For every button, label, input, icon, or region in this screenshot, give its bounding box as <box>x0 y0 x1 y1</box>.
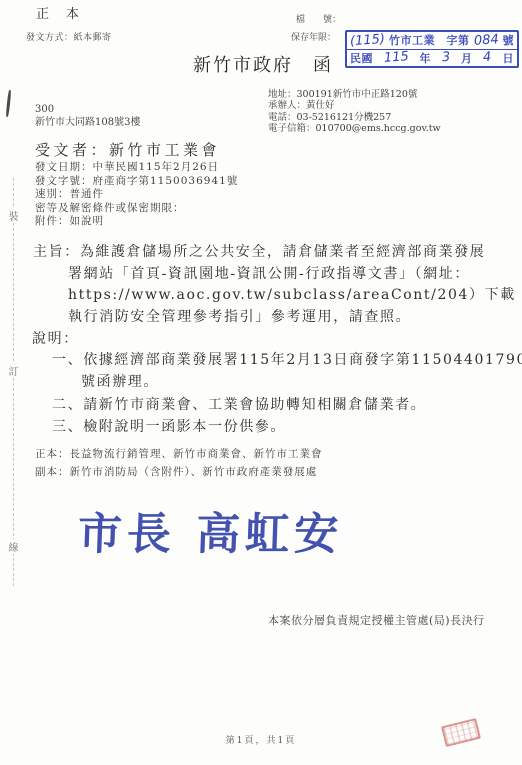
issue-number: 發文字號：府產商字第1150036941號 <box>35 175 238 189</box>
item-2-marker: 二、 <box>52 397 83 413</box>
agency-email: 電子信箱：010700@ems.hccg.gov.tw <box>268 123 441 134</box>
official-letter-page: 裝 訂 線 正 本 發文方式：紙本郵寄 檔 號： 保存年限： 新竹市政府 函 (… <box>0 0 522 765</box>
binding-mark-xian: 線 <box>7 539 20 554</box>
explanation-item-2: 二、請新竹市商業會、工業會協助轉知相關倉儲業者。 <box>52 394 426 416</box>
stamp-number-suffix: 號 <box>502 32 514 48</box>
binding-dashed-line <box>13 178 14 586</box>
stamp-day-handwritten: 4 <box>483 50 492 66</box>
subject-block: 主旨：為維護倉儲場所之公共安全，請倉儲業者至經濟部商業發展 署網站「首頁-資訊園… <box>33 242 522 328</box>
document-number-stamp: (115) 竹市工業 字第 084 號 民國 115 年 3 月 4 日 <box>345 30 519 68</box>
agency-phone: 電話：03-5216121分機257 <box>268 112 441 123</box>
original-copy-recipients: 正本：長益物流行銷管理、新竹市商業會、新竹市工業會 <box>35 446 323 464</box>
delivery-method-label: 發文方式：紙本郵寄 <box>26 30 112 43</box>
cc-copy-recipients: 副本：新竹市消防局（含附件）、新竹市政府產業發展處 <box>35 464 323 482</box>
stamp-year-unit: 年 <box>420 50 432 66</box>
stamp-month-handwritten: 3 <box>441 50 450 66</box>
subject-line-1: 主旨：為維護倉儲場所之公共安全，請倉儲業者至經濟部商業發展 <box>33 242 522 264</box>
stamp-row-date: 民國 115 年 3 月 4 日 <box>347 50 517 67</box>
agency-handler: 承辦人：黃仕好 <box>268 100 441 111</box>
attachment-note: 附件：如說明 <box>35 215 238 229</box>
issue-date: 發文日期：中華民國115年2月26日 <box>35 161 238 175</box>
copies-block: 正本：長益物流行銷管理、新竹市商業會、新竹市工業會 副本：新竹市消防局（含附件）… <box>35 446 323 481</box>
speed-class: 速別：普通件 <box>35 188 238 202</box>
binding-mark-zhuang: 裝 <box>7 208 20 223</box>
mayor-signature: 市長 高虹安 <box>77 498 345 562</box>
pen-mark-artifact <box>6 90 11 117</box>
security-class: 密等及解密條件或保密期限： <box>35 202 238 216</box>
stamp-month-unit: 月 <box>461 50 473 66</box>
stamp-office-text: 竹市工業 字第 <box>389 32 470 48</box>
recipient-postal-block: 300 新竹市大同路108號3樓 <box>35 103 140 129</box>
stamp-number-handwritten: 084 <box>473 32 499 49</box>
stamp-year-handwritten: 115 <box>383 49 409 66</box>
subject-line-2: 署網站「首頁-資訊園地-資訊公開-行政指導文書」（網址： <box>68 264 522 286</box>
agency-contact-block: 地址：300191新竹市中正路120號 承辦人：黃仕好 電話：03-521612… <box>268 89 441 135</box>
stamp-era-label: 民國 <box>350 50 373 66</box>
copy-type-label: 正 本 <box>36 3 81 22</box>
recipient-zip: 300 <box>35 103 140 116</box>
stamp-row-number: (115) 竹市工業 字第 084 號 <box>347 32 517 50</box>
item-3-marker: 三、 <box>52 419 83 435</box>
binding-mark-ding: 訂 <box>7 363 20 378</box>
document-title: 新竹市政府 函 <box>193 51 333 77</box>
item-1-marker: 一、 <box>52 352 83 368</box>
stamp-day-unit: 日 <box>502 50 514 66</box>
recipient-line: 受文者：新竹市工業會 <box>35 139 220 160</box>
explanation-label: 說明： <box>32 328 79 348</box>
item-1-continuation: 號函辦理。 <box>81 371 522 393</box>
authorization-note: 本案依分層負責規定授權主管處(局)長決行 <box>268 612 485 628</box>
subject-label: 主旨： <box>33 244 80 260</box>
retention-period-label: 保存年限： <box>291 30 336 43</box>
document-meta-block: 發文日期：中華民國115年2月26日 發文字號：府產商字第1150036941號… <box>35 161 238 229</box>
recipient-street: 新竹市大同路108號3樓 <box>35 116 140 129</box>
stamp-year-prefix-handwritten: (115) <box>350 32 386 49</box>
explanation-item-3: 三、檢附說明一函影本一份供參。 <box>52 416 286 438</box>
subject-line-4: 執行消防安全管理參考指引」參考運用，請查照。 <box>68 307 522 329</box>
explanation-item-1: 一、依據經濟部商業發展署115年2月13日商發字第11504401790 號函辦… <box>52 349 522 393</box>
subject-line-3: https://www.aoc.gov.tw/subclass/areaCont… <box>68 285 522 307</box>
file-number-label: 檔 號： <box>296 12 341 25</box>
agency-address: 地址：300191新竹市中正路120號 <box>268 89 441 100</box>
